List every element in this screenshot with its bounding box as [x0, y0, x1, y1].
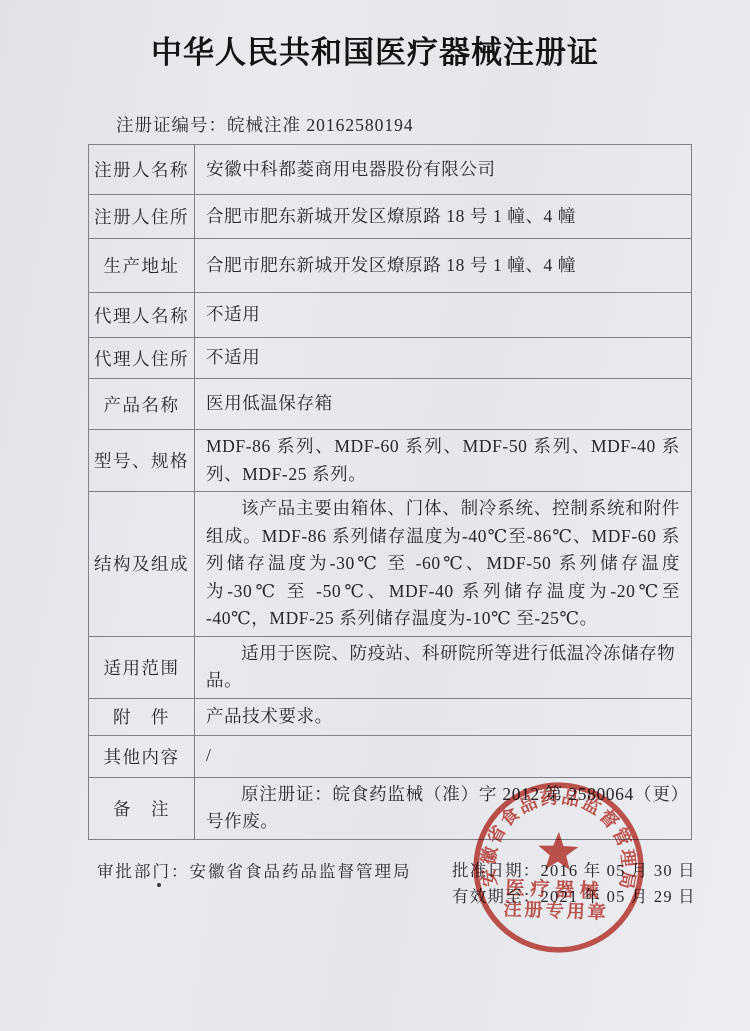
- row-value: 不适用: [195, 293, 692, 338]
- row-label: 代理人住所: [89, 338, 195, 379]
- table-row-attachment: 附 件 产品技术要求。: [89, 698, 692, 735]
- row-label: 生产地址: [89, 239, 195, 293]
- star-icon: [537, 831, 578, 870]
- row-value: MDF-86 系列、MDF-60 系列、MDF-50 系列、MDF-40 系列、…: [195, 430, 692, 492]
- row-label: 注册人名称: [89, 145, 195, 195]
- row-value: 适用于医院、防疫站、科研院所等进行低温冷冻储存物品。: [195, 636, 692, 698]
- row-label: 结构及组成: [89, 492, 195, 637]
- row-value: 安徽中科都菱商用电器股份有限公司: [195, 145, 692, 195]
- row-label: 产品名称: [89, 379, 195, 430]
- table-row-scope-of-application: 适用范围 适用于医院、防疫站、科研院所等进行低温冷冻储存物品。: [89, 636, 692, 698]
- row-value: 不适用: [195, 338, 692, 379]
- table-row-registrant-address: 注册人住所 合肥市肥东新城开发区燎原路 18 号 1 幢、4 幢: [89, 195, 692, 239]
- approval-department-label: 审批部门：: [97, 862, 190, 881]
- seal-ring: [473, 782, 643, 952]
- table-row-agent-name: 代理人名称 不适用: [89, 293, 692, 338]
- official-seal: 安徽省食品药品监督管理局 医疗器械 注册专用章: [464, 773, 653, 962]
- table-row-product-name: 产品名称 医用低温保存箱: [89, 379, 692, 430]
- row-value: /: [195, 735, 692, 777]
- certificate-title: 中华人民共和国医疗器械注册证: [0, 27, 750, 72]
- ink-speck: [157, 883, 161, 887]
- table-row-registrant-name: 注册人名称 安徽中科都菱商用电器股份有限公司: [89, 145, 692, 195]
- table-row-production-address: 生产地址 合肥市肥东新城开发区燎原路 18 号 1 幢、4 幢: [89, 239, 692, 293]
- certificate-table: 注册人名称 安徽中科都菱商用电器股份有限公司 注册人住所 合肥市肥东新城开发区燎…: [88, 144, 692, 840]
- approval-department-value: 安徽省食品药品监督管理局: [190, 862, 412, 881]
- row-label: 适用范围: [89, 636, 195, 698]
- row-value: 合肥市肥东新城开发区燎原路 18 号 1 幢、4 幢: [195, 195, 692, 239]
- seal-inner-line2: 注册专用章: [503, 898, 609, 923]
- row-value: 合肥市肥东新城开发区燎原路 18 号 1 幢、4 幢: [195, 239, 692, 293]
- table-row-other-content: 其他内容 /: [89, 735, 692, 777]
- certificate-number-label: 注册证编号：: [116, 115, 227, 135]
- approval-department-line: 审批部门：安徽省食品药品监督管理局: [97, 858, 412, 882]
- row-value: 该产品主要由箱体、门体、制冷系统、控制系统和附件组成。MDF-86 系列储存温度…: [195, 492, 692, 637]
- row-label: 附 件: [89, 698, 195, 735]
- certificate-number-line: 注册证编号：皖械注准 20162580194: [116, 112, 414, 137]
- table-row-agent-address: 代理人住所 不适用: [89, 338, 692, 379]
- certificate-number-value: 皖械注准 20162580194: [227, 115, 414, 135]
- row-label: 其他内容: [89, 735, 195, 777]
- table-row-model-spec: 型号、规格 MDF-86 系列、MDF-60 系列、MDF-50 系列、MDF-…: [89, 430, 692, 492]
- row-value: 产品技术要求。: [195, 698, 692, 735]
- row-label: 代理人名称: [89, 293, 195, 338]
- row-label: 备 注: [89, 777, 195, 839]
- row-label: 型号、规格: [89, 430, 195, 492]
- table-row-structure-composition: 结构及组成 该产品主要由箱体、门体、制冷系统、控制系统和附件组成。MDF-86 …: [89, 492, 692, 637]
- row-value: 医用低温保存箱: [195, 379, 692, 430]
- row-label: 注册人住所: [89, 195, 195, 239]
